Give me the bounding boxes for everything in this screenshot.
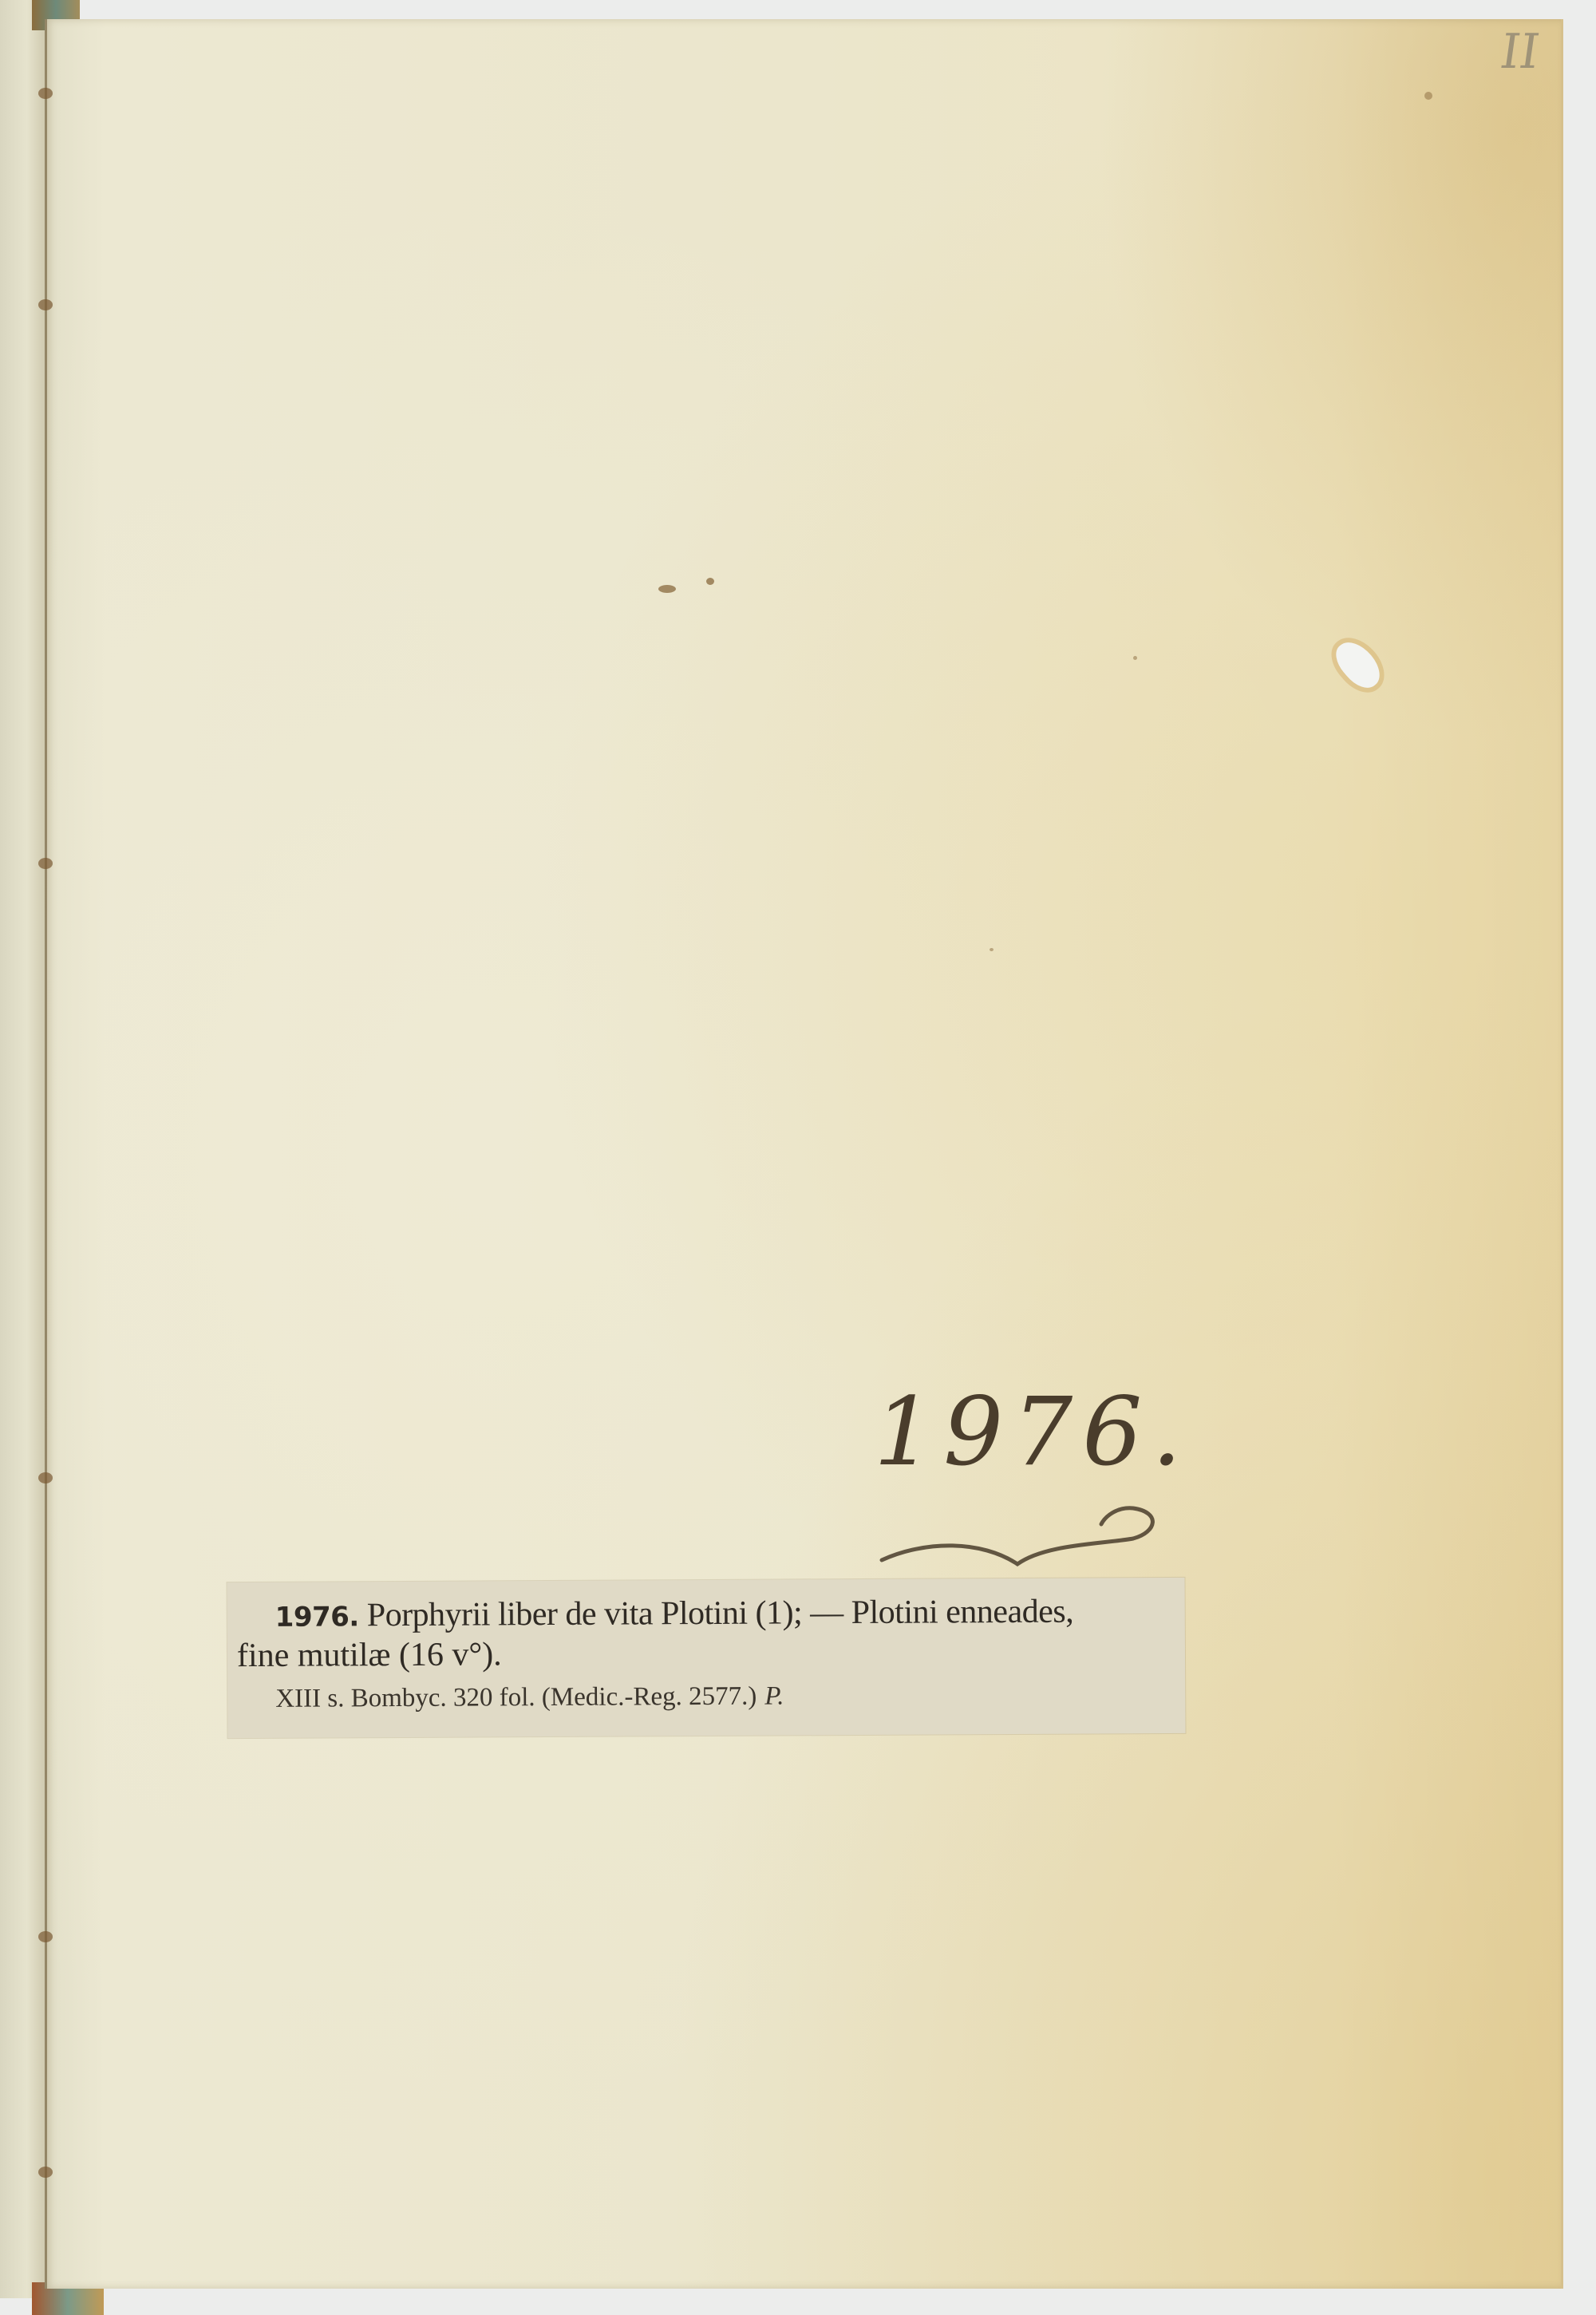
label-line3-letter: P. — [764, 1681, 784, 1710]
sewing-hole — [38, 1472, 53, 1483]
sewing-hole — [38, 1931, 53, 1942]
label-number: 1976. — [275, 1601, 359, 1634]
flyleaf-page — [45, 19, 1563, 2289]
label-description-line: XIII s. Bombyc. 320 fol. (Medic.-Reg. 25… — [275, 1681, 784, 1713]
ink-speck — [990, 948, 994, 951]
previous-leaf-edge — [0, 0, 46, 2298]
handwritten-shelf-number: 1976. — [874, 1377, 1191, 1487]
pen-flourish — [878, 1484, 1165, 1572]
manuscript-scan: II 1976. 1976.Porphyrii liber de vita Pl… — [0, 0, 1596, 2315]
sewing-hole — [38, 858, 53, 869]
ink-speck — [1133, 656, 1137, 660]
ink-speck — [1424, 92, 1432, 100]
label-line3-text: XIII s. Bombyc. 320 fol. (Medic.-Reg. 25… — [275, 1682, 757, 1713]
gutter-line — [45, 19, 47, 2289]
catalog-label: 1976.Porphyrii liber de vita Plotini (1)… — [227, 1578, 1185, 1738]
sewing-hole — [38, 88, 53, 99]
sewing-hole — [38, 2167, 53, 2178]
sewing-hole — [38, 299, 53, 310]
label-title-line: 1976.Porphyrii liber de vita Plotini (1)… — [275, 1593, 1074, 1635]
label-line1-text: Porphyrii liber de vita Plotini (1); — P… — [367, 1594, 1074, 1634]
label-line2-text: fine mutilæ (16 v°). — [237, 1635, 502, 1675]
ink-speck — [706, 578, 714, 585]
ink-speck — [658, 585, 676, 593]
